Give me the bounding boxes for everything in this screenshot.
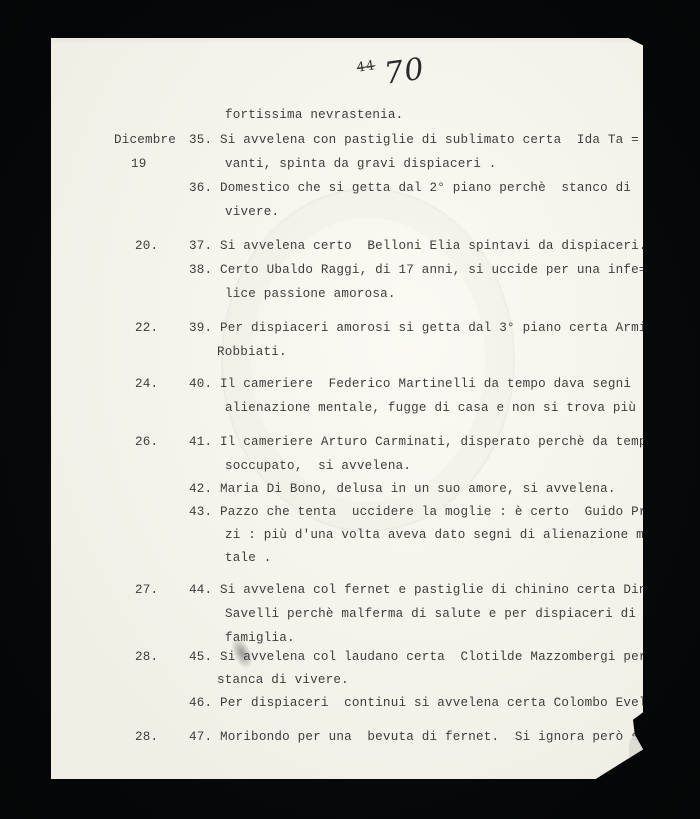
- entry-39-line-2: Robbiati.: [217, 345, 287, 359]
- entry-45-line-2: stanca di vivere.: [217, 673, 349, 687]
- typewritten-page: 4470 fortissima nevrastenia. Dicembre 35…: [51, 38, 643, 779]
- date-27: 27.: [135, 583, 158, 597]
- entry-36-line-2: vivere.: [225, 205, 279, 219]
- date-28-first: 28.: [135, 650, 158, 664]
- continuation-line: fortissima nevrastenia.: [225, 108, 403, 122]
- struck-folio-number: 44: [356, 58, 376, 75]
- entry-35-line-1: 35. Si avvelena con pastiglie di sublima…: [189, 133, 639, 147]
- date-19: 19: [131, 157, 147, 171]
- date-22: 22.: [135, 321, 158, 335]
- entry-40-line-1: 40. Il cameriere Federico Martinelli da …: [189, 377, 662, 391]
- entry-44-line-1: 44. Si avvelena col fernet e pastiglie d…: [189, 583, 654, 597]
- date-20: 20.: [135, 239, 158, 253]
- handwritten-folio-number: 4470: [356, 52, 427, 96]
- paper-tear: [629, 736, 643, 766]
- date-26: 26.: [135, 435, 158, 449]
- date-month: Dicembre: [114, 133, 176, 147]
- scan-background: 4470 fortissima nevrastenia. Dicembre 35…: [0, 0, 700, 819]
- entry-47-line-1: 47. Moribondo per una bevuta di fernet. …: [189, 730, 670, 744]
- entry-46-line-1: 46. Per dispiaceri continui si avvelena …: [189, 696, 678, 710]
- entry-38-line-2: lice passione amorosa.: [225, 287, 396, 301]
- date-24: 24.: [135, 377, 158, 391]
- entry-35-line-2: vanti, spinta da gravi dispiaceri .: [225, 157, 497, 171]
- entry-40-line-2: alienazione mentale, fugge di casa e non…: [225, 401, 652, 415]
- entry-43-line-1: 43. Pazzo che tenta uccidere la moglie :…: [189, 505, 685, 519]
- entry-41-line-2: soccupato, si avvelena.: [225, 459, 411, 473]
- entry-39-line-1: 39. Per dispiaceri amorosi si getta dal …: [189, 321, 662, 335]
- folio-number: 70: [382, 52, 427, 92]
- entry-43-line-2: zi : più d'una volta aveva dato segni di…: [225, 528, 675, 542]
- entry-36-line-1: 36. Domestico che si getta dal 2° piano …: [189, 181, 631, 195]
- entry-42-line-1: 42. Maria Di Bono, delusa in un suo amor…: [189, 482, 616, 496]
- entry-45-line-1: 45. Si avvelena col laudano certa Clotil…: [189, 650, 693, 664]
- entry-37-line-1: 37. Si avvelena certo Belloni Elia spint…: [189, 239, 647, 253]
- entry-41-line-1: 41. Il cameriere Arturo Carminati, dispe…: [189, 435, 685, 449]
- date-28-second: 28.: [135, 730, 158, 744]
- entry-43-line-3: tale .: [225, 551, 272, 565]
- entry-44-line-2: Savelli perchè malferma di salute e per …: [225, 607, 636, 621]
- entry-38-line-1: 38. Certo Ubaldo Raggi, di 17 anni, si u…: [189, 263, 647, 277]
